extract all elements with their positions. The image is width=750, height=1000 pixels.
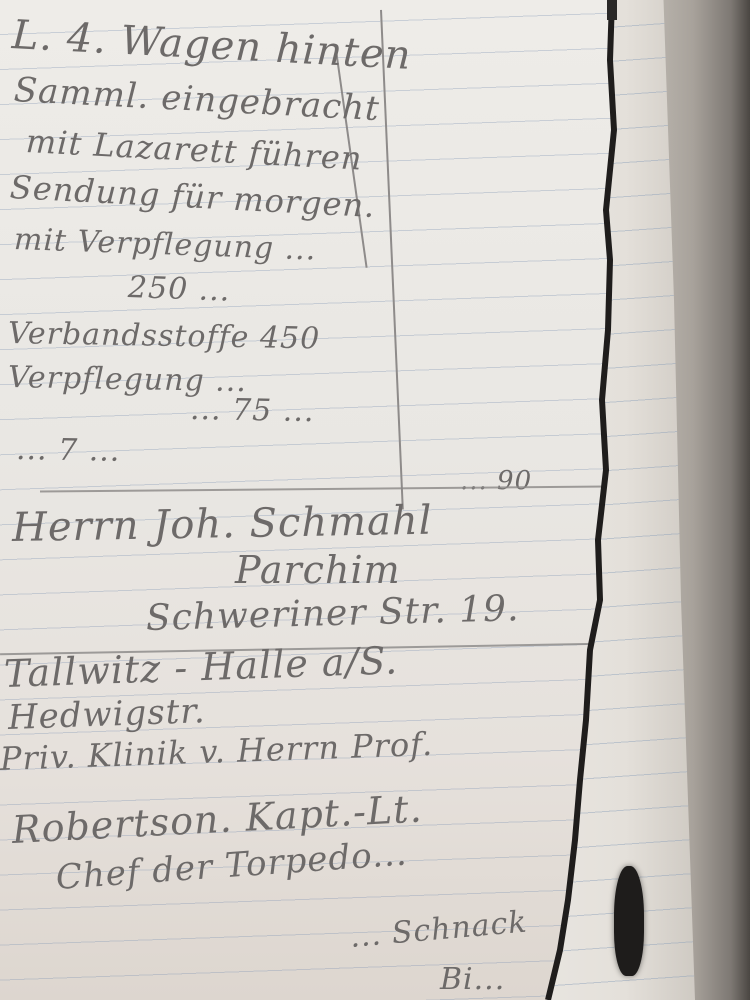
note-line: 250 ... [127, 270, 231, 309]
note-line: Parchim [235, 548, 401, 592]
note-line: Bi... [440, 962, 505, 997]
note-line: ... 90 [460, 466, 532, 496]
note-line: Hedwigstr. [7, 691, 206, 738]
note-line: ... 75 ... [190, 392, 315, 429]
note-line: ... 7 ... [16, 432, 121, 469]
note-line: Verbandsstoffe 450 [8, 316, 321, 356]
note-line: Herrn Joh. Schmahl [12, 498, 433, 551]
burn-hole [614, 866, 644, 976]
notebook-photo: L. 4. Wagen hinten Samml. eingebracht mi… [0, 0, 750, 1000]
torn-page: L. 4. Wagen hinten Samml. eingebracht mi… [0, 0, 625, 1000]
